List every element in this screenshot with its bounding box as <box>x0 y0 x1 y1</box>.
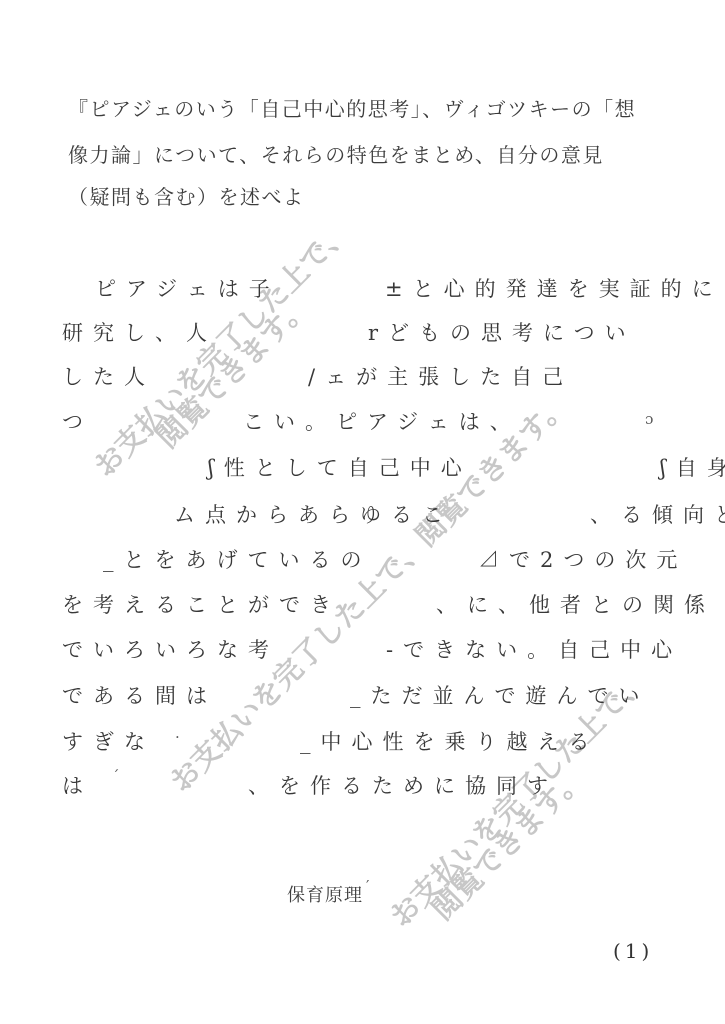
body-text-segment: ±と心的発達を実証的に <box>385 273 723 303</box>
course-title: 保育原理 <box>287 881 363 907</box>
body-text-segment: でいろいろな考 <box>62 634 279 664</box>
body-text-segment: rどもの思考につい <box>368 317 636 347</box>
body-text-segment: /ェが主張した自己 <box>308 361 573 391</box>
body-text-segment: 研究し、人 <box>62 317 217 347</box>
body-text-segment: つ <box>62 406 93 436</box>
body-text-segment: _ただ並んで遊んでい <box>350 680 650 710</box>
watermark-pay-to-view: お支払いを完了した上で、 <box>84 210 359 485</box>
essay-prompt-line-3: （疑問も含む）を述べよ <box>68 181 305 210</box>
body-text-segment: 、る傾向と <box>590 499 725 529</box>
body-text-segment: ム点からあらゆるこ <box>174 499 453 529</box>
body-text-segment: ʃ自身 <box>660 452 725 482</box>
body-text-segment: ピアジェは子 <box>95 273 280 303</box>
body-text-segment: _中心性を乗り越える <box>300 726 600 756</box>
erased-text-fragment: ɔ <box>645 410 653 428</box>
body-text-segment: ʃ性として自己中心 <box>208 452 472 482</box>
scanned-document-page: お支払いを完了した上で、 閲覧できます。 お支払いを完了した上で、閲覧できます。… <box>0 0 725 1024</box>
essay-prompt-line-1: 『ピアジェのいう「自己中心的思考」、ヴィゴツキーの「想 <box>68 93 636 122</box>
body-text-segment: は <box>62 770 93 800</box>
erased-text-fragment: ´ <box>112 767 120 785</box>
body-text-segment: すぎな <box>62 726 155 756</box>
body-text-segment: _とをあげているの <box>103 544 372 574</box>
page-number: (1) <box>613 939 653 963</box>
body-text-segment: である間は <box>62 680 217 710</box>
body-text-segment: こい。ピアジェは、 <box>243 406 521 436</box>
body-text-segment: -できない。自己中心 <box>386 634 682 664</box>
body-text-segment: 、に、他者との関係 <box>436 589 715 619</box>
body-text-segment: 、を作るために協同す <box>248 770 558 800</box>
erased-text-fragment: · <box>175 728 180 746</box>
body-text-segment: を考えることができ <box>62 589 341 619</box>
body-text-segment: ⊿で2つの次元 <box>478 544 687 574</box>
body-text-segment: した人 <box>62 361 155 391</box>
essay-prompt-line-2: 像力論」について、それらの特色をまとめ、自分の意見 <box>68 139 604 168</box>
erased-text-fragment: ′ <box>366 877 369 895</box>
